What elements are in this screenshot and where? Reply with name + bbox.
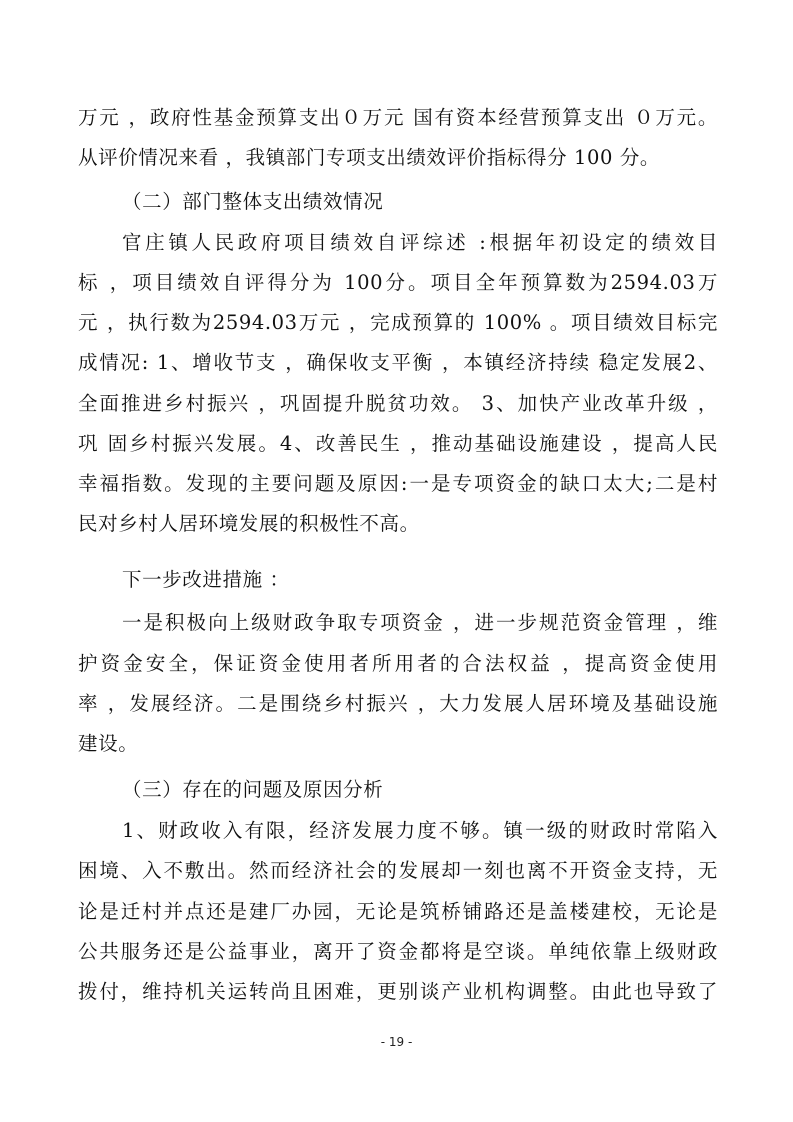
text-line: 全面推进乡村振兴 ，巩固提升脱贫功效。 3、加快产业改革升级 ， xyxy=(78,389,718,419)
text-line: 建设。 xyxy=(78,729,718,759)
text-line: 护资金安全，保证资金使用者所用者的合法权益 ，提高资金使用 xyxy=(78,649,718,679)
section-heading-2: （二）部门整体支出绩效情况 xyxy=(122,187,718,217)
text-line: 拨付，维持机关运转尚且困难，更别谈产业机构调整。由此也导致了 xyxy=(78,977,718,1007)
text-line: 标 ，项目绩效自评得分为 100分。项目全年预算数为2594.03万 xyxy=(78,268,718,298)
text-line: 公共服务还是公益事业，离开了资金都将是空谈。单纯依靠上级财政 xyxy=(78,937,718,967)
text-line: 成情况: 1、增收节支 ，确保收支平衡 ，本镇经济持续 稳定发展2、 xyxy=(78,348,718,378)
text-line: 从评价情况来看 ，我镇部门专项支出绩效评价指标得分 100 分。 xyxy=(78,143,718,173)
section-heading-3: （三）存在的问题及原因分析 xyxy=(122,775,718,805)
page-number: - 19 - xyxy=(0,1034,793,1050)
text-line: 1、财政收入有限，经济发展力度不够。镇一级的财政时常陷入 xyxy=(122,816,718,846)
document-page: 万元 ，政府性基金预算支出０万元 国有资本经营预算支出 ０万元。 从评价情况来看… xyxy=(0,0,793,1122)
text-line: 官庄镇人民政府项目绩效自评综述 :根据年初设定的绩效目 xyxy=(122,228,718,258)
text-line: 幸福指数。发现的主要问题及原因:一是专项资金的缺口太大;二是村 xyxy=(78,469,718,499)
text-line: 巩 固乡村振兴发展。4、改善民生 ，推动基础设施建设 ，提高人民 xyxy=(78,429,718,459)
text-line: 论是迁村并点还是建厂办园，无论是筑桥铺路还是盖楼建校，无论是 xyxy=(78,897,718,927)
text-line: 率 ，发展经济。二是围绕乡村振兴 ，大力发展人居环境及基础设施 xyxy=(78,689,718,719)
text-line: 民对乡村人居环境发展的积极性不高。 xyxy=(78,509,718,539)
text-line: 万元 ，政府性基金预算支出０万元 国有资本经营预算支出 ０万元。 xyxy=(78,103,718,133)
subheading-next-steps: 下一步改进措施 ： xyxy=(122,565,718,595)
text-line: 困境、入不敷出。然而经济社会的发展却一刻也离不开资金支持，无 xyxy=(78,856,718,886)
text-line: 一是积极向上级财政争取专项资金 ，进一步规范资金管理 ，维 xyxy=(122,608,718,638)
text-line: 元 ，执行数为2594.03万元 ，完成预算的 100% 。项目绩效目标完 xyxy=(78,308,718,338)
